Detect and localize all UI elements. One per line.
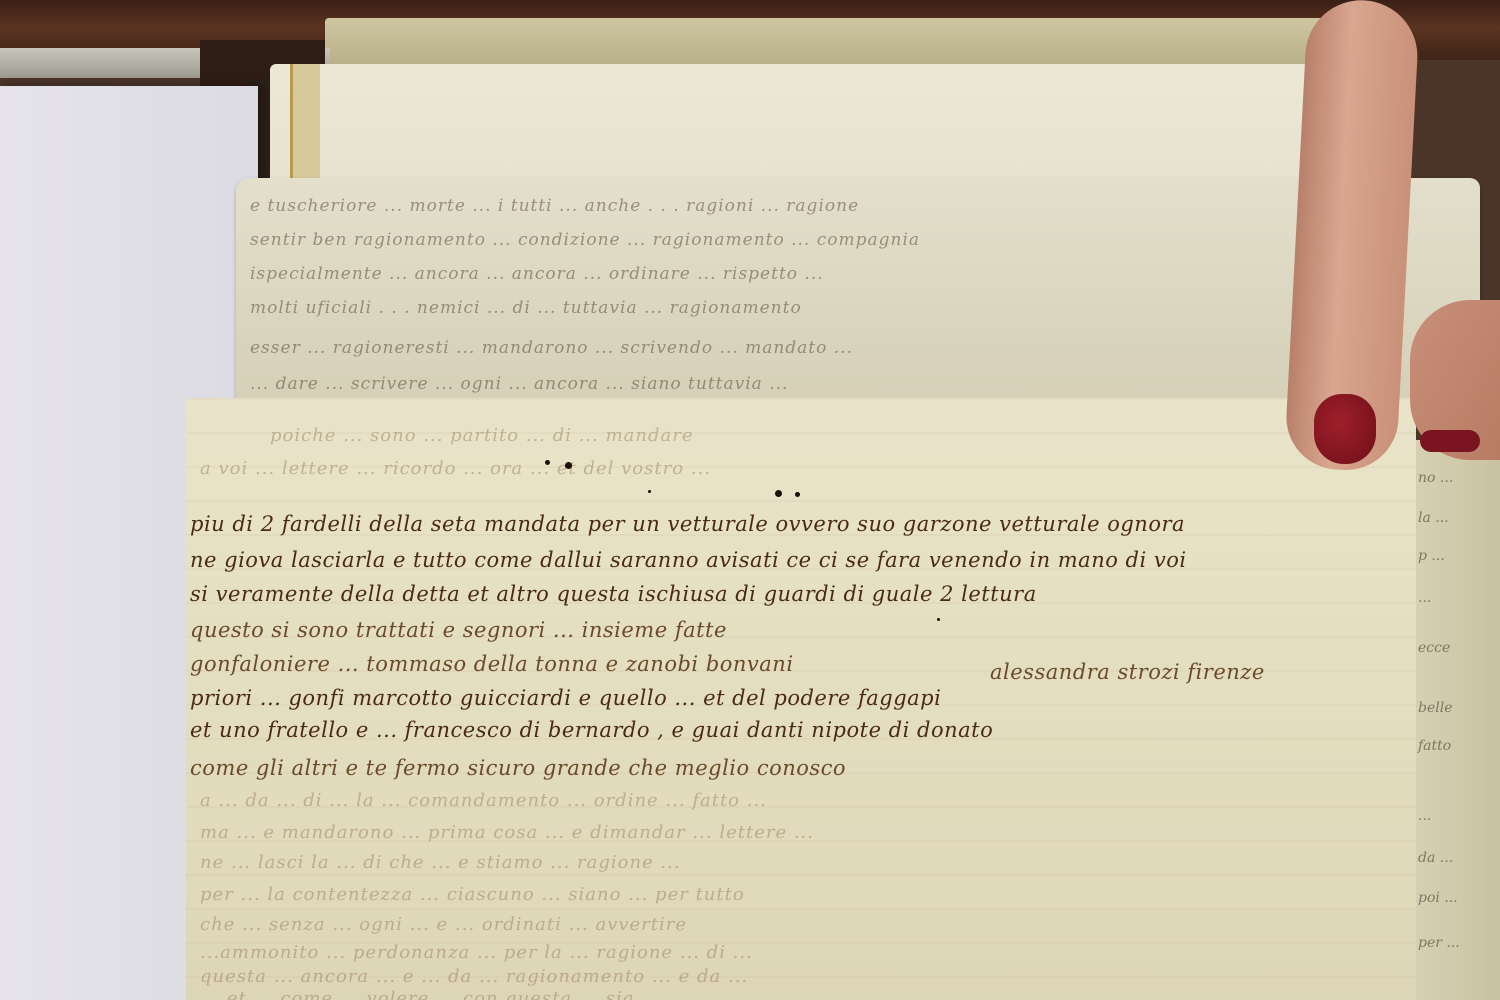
strip-text: poi ...	[1418, 890, 1458, 908]
manuscript-line: gonfaloniere ... tommaso della tonna e z…	[190, 652, 794, 676]
ink-spot	[937, 618, 940, 621]
ink-spot	[795, 492, 800, 497]
strip-text: belle	[1418, 700, 1453, 718]
faint-text-line: per ... la contentezza ... ciascuno ... …	[200, 884, 745, 904]
top-paper-roll	[325, 18, 1385, 68]
manuscript-line: questo si sono trattati e segnori ... in…	[190, 618, 727, 642]
faint-text-line: sentir ben ragionamento ... condizione .…	[250, 230, 920, 250]
ink-spot	[775, 490, 782, 497]
strip-text: ...	[1418, 808, 1431, 826]
strip-text: ...	[1418, 590, 1431, 608]
faint-text-line: ma ... e mandarono ... prima cosa ... e …	[200, 822, 814, 842]
ink-spot	[545, 460, 550, 465]
faint-text-line: a voi ... lettere ... ricordo ... ora ..…	[200, 458, 711, 478]
faint-text-line: e tuscheriore ... morte ... i tutti ... …	[250, 196, 859, 216]
manuscript-line: et uno fratello e ... francesco di berna…	[190, 718, 993, 742]
faint-text-line: ...ammonito ... perdonanza ... per la ..…	[200, 942, 753, 962]
faint-text-line: questa ... ancora ... e ... da ... ragio…	[200, 966, 748, 986]
faint-text-line: ispecialmente ... ancora ... ancora ... …	[250, 264, 824, 284]
ink-spot	[648, 490, 651, 493]
strip-text: per ...	[1418, 935, 1460, 953]
strip-text: ecce	[1418, 640, 1450, 658]
manuscript-line: priori ... gonfi marcotto guicciardi e q…	[190, 686, 941, 710]
faint-text-line: poiche ... sono ... partito ... di ... m…	[270, 425, 693, 445]
strip-text: p ...	[1418, 548, 1445, 566]
red-fingernail	[1314, 394, 1376, 464]
faint-text-line: ne ... lasci la ... di che ... e stiamo …	[200, 852, 681, 872]
strip-text: da ...	[1418, 850, 1453, 868]
faint-text-line: che ... senza ... ogni ... e ... ordinat…	[200, 914, 687, 934]
manuscript-line: ne giova lasciarla e tutto come dallui s…	[190, 548, 1187, 572]
red-fingernail	[1420, 430, 1480, 452]
strip-text: la ...	[1418, 510, 1449, 528]
faint-text-line: ... et ... come ... volere ... con quest…	[200, 988, 661, 1000]
faint-text-line: ... dare ... scrivere ... ogni ... ancor…	[250, 374, 788, 394]
ink-spot	[565, 462, 572, 469]
manuscript-line: come gli altri e te fermo sicuro grande …	[190, 756, 846, 780]
strip-text: fatto	[1418, 738, 1451, 756]
faint-text-line: esser ... ragioneresti ... mandarono ...…	[250, 338, 853, 358]
manuscript-line: si veramente della detta et altro questa…	[190, 582, 1037, 606]
faint-text-line: molti uficiali . . . nemici ... di ... t…	[250, 298, 802, 318]
manuscript-line: piu di 2 fardelli della seta mandata per…	[190, 512, 1185, 536]
margin-note: alessandra strozi firenze	[990, 660, 1265, 684]
faint-text-line: a ... da ... di ... la ... comandamento …	[200, 790, 767, 810]
strip-text: no ...	[1418, 470, 1453, 488]
